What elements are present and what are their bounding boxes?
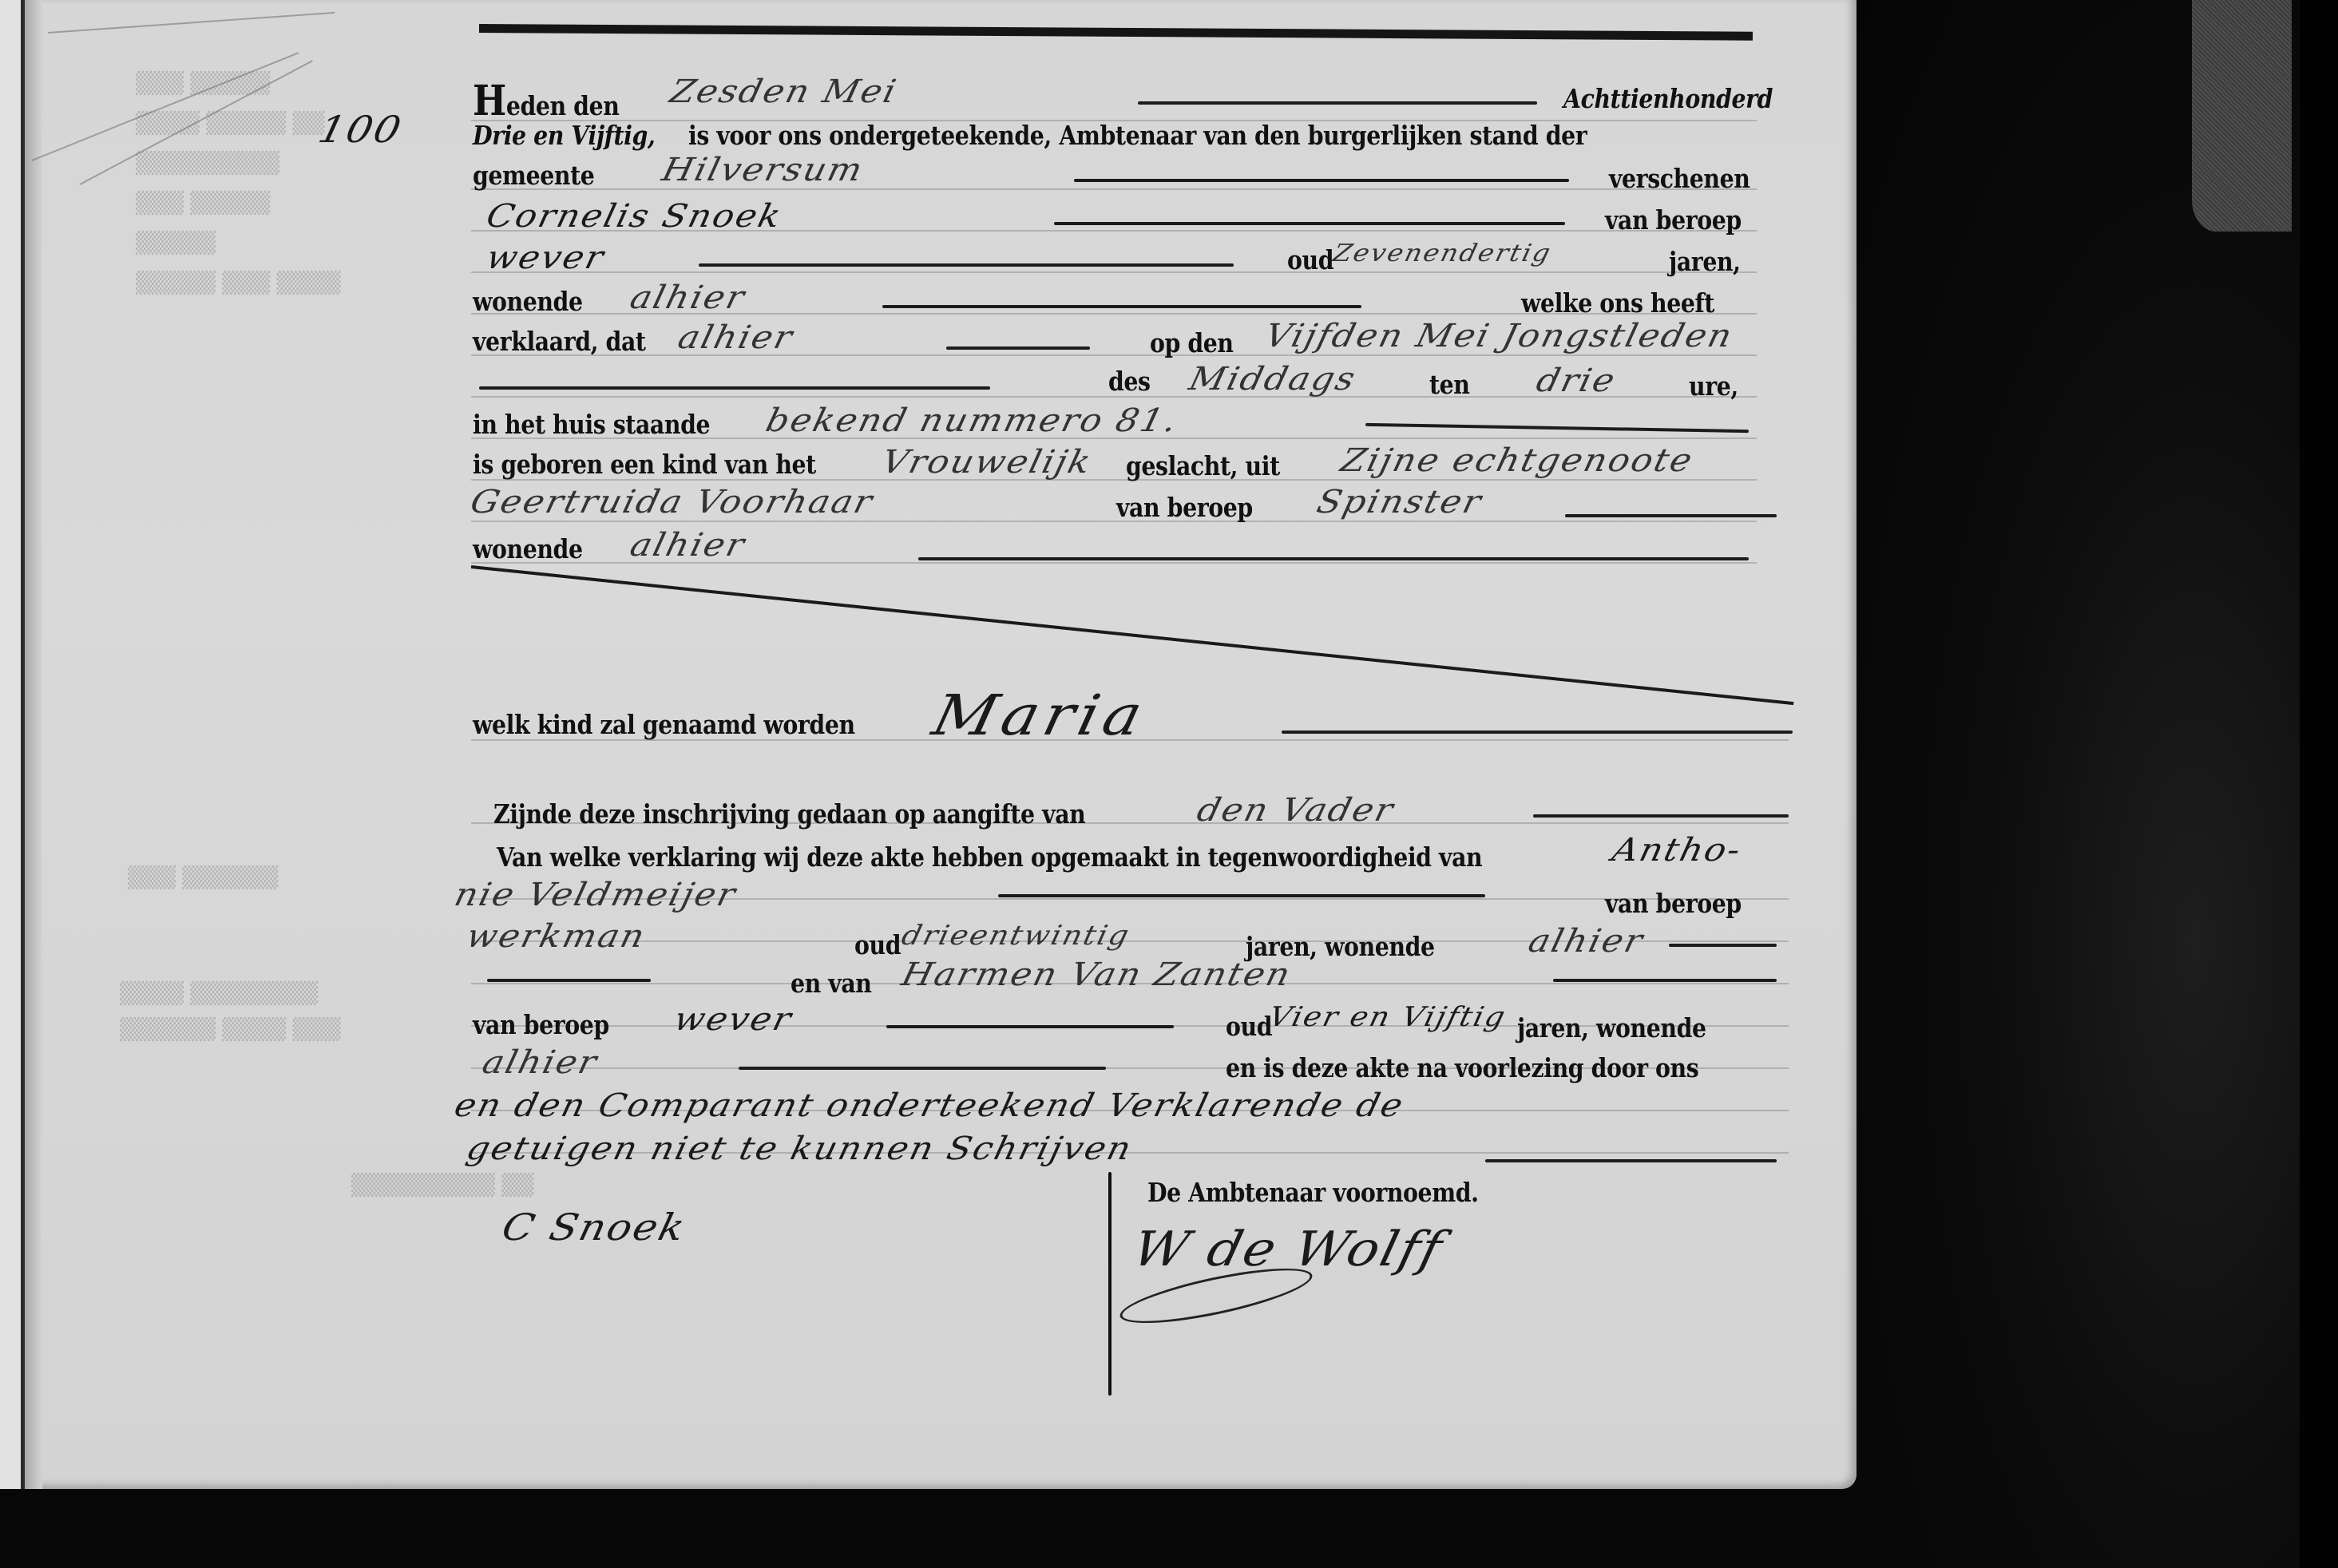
fill-line: [479, 386, 990, 390]
scan-edge: [2300, 0, 2338, 1568]
handwritten-municipality: Hilversum: [659, 152, 868, 188]
printed-text: des: [1108, 366, 1151, 397]
printed-text: is voor ons ondergeteekende, Ambtenaar v…: [688, 120, 1587, 151]
printed-text: Heden den: [473, 77, 619, 125]
bleed-through-text: ▒▒▒ ▒▒▒▒ ▒▒▒▒▒▒: [120, 1018, 340, 1042]
bleed-through-text: ▒▒ ▒▒▒▒▒ ▒▒▒▒: [136, 112, 324, 136]
bleed-through-text: ▒▒▒▒▒▒▒▒▒: [136, 152, 279, 176]
handwritten-father-occupation: wever: [483, 240, 608, 276]
fill-line: [739, 1067, 1106, 1070]
handwritten-witness1-residence: alhier: [1525, 923, 1648, 960]
page-binding-shadow: [25, 0, 42, 1489]
handwritten-witness1-occupation: werkman: [463, 918, 650, 955]
printed-text: Zijnde deze inschrijving gedaan op aangi…: [493, 798, 1085, 830]
handwritten-closing-1: en den Comparant onderteekend Verklarend…: [451, 1087, 1409, 1124]
fill-line: [1669, 944, 1777, 947]
bleed-through-text: ▒▒▒▒▒: [136, 232, 216, 255]
printed-text: van beroep: [473, 1009, 609, 1040]
handwritten-birth-place: alhier: [675, 319, 798, 356]
printed-text: oud: [1287, 244, 1333, 275]
fill-line: [918, 557, 1749, 560]
printed-text: verschenen: [1609, 163, 1750, 194]
printed-text: ure,: [1689, 370, 1738, 402]
printed-text: ten: [1429, 369, 1470, 400]
signature-declarant: C Snoek: [498, 1206, 691, 1249]
fill-line: [1365, 423, 1749, 433]
printed-text: Drie en Vijftig,: [473, 120, 655, 151]
printed-text: welke ons heeft: [1521, 287, 1714, 319]
fill-line: [998, 894, 1485, 897]
printed-text: welk kind zal genaamd worden: [473, 709, 855, 740]
handwritten-mother-relation: Zijne echtgenoote: [1337, 442, 1698, 479]
printed-text: jaren, wonende: [1517, 1012, 1706, 1043]
handwritten-day: Zesden Mei: [667, 73, 902, 110]
printed-text: in het huis staande: [473, 409, 710, 440]
printed-text: van beroep: [1605, 888, 1742, 919]
ruled-line: [471, 354, 1757, 356]
fill-line: [1485, 1159, 1777, 1162]
pencil-stroke: [48, 12, 335, 34]
printed-text: is geboren een kind van het: [473, 449, 816, 480]
fill-line: [1533, 814, 1789, 818]
printed-text: van beroep: [1605, 204, 1742, 236]
fill-line: [1054, 222, 1565, 225]
printed-text: wonende: [473, 533, 583, 564]
printed-text: op den: [1150, 327, 1234, 358]
handwritten-declarant: den Vader: [1194, 792, 1398, 829]
handwritten-hour: drie: [1533, 362, 1620, 399]
signature-bracket: [1108, 1172, 1112, 1396]
handwritten-witness1-age: drieentwintig: [898, 920, 1133, 952]
handwritten-witness2-occupation: wever: [671, 1001, 796, 1038]
handwritten-witness2-name: Harmen Van Zanten: [898, 956, 1295, 993]
printed-text: Achttienhonderd: [1563, 83, 1773, 114]
fill-line: [1282, 731, 1793, 734]
printed-text: jaren,: [1669, 246, 1741, 277]
handwritten-child-name: Maria: [926, 683, 1153, 748]
ruled-line: [471, 188, 1757, 190]
printed-text: oud: [854, 929, 901, 960]
handwritten-mother-name: Geertruida Voorhaar: [467, 484, 878, 521]
fill-line: [1565, 514, 1777, 517]
handwritten-mother-occupation: Spinster: [1314, 484, 1486, 521]
handwritten-witness1-name: nie Veldmeijer: [451, 877, 741, 913]
handwritten-closing-2: getuigen niet te kunnen Schrijven: [463, 1130, 1136, 1167]
bleed-through-text: ▒▒▒▒▒ ▒▒▒: [136, 192, 270, 216]
handwritten-father-age: Zevenendertig: [1330, 240, 1555, 267]
handwritten-house: bekend nummero 81.: [763, 402, 1182, 439]
fill-line: [487, 979, 651, 982]
fill-line: [699, 263, 1234, 267]
handwritten-time-of-day: Middags: [1186, 361, 1361, 398]
ruled-line: [471, 521, 1757, 522]
record-number: 100: [315, 108, 407, 151]
pencil-stroke: [32, 52, 299, 161]
handwritten-witness2-residence: alhier: [479, 1044, 602, 1081]
printed-text: geslacht, uit: [1126, 450, 1280, 481]
fill-line: [1074, 179, 1569, 182]
bleed-through-text: ▒▒▒▒▒▒▒▒ ▒▒▒▒: [120, 982, 318, 1006]
handwritten-birth-date: Vijfden Mei Jongstleden: [1262, 318, 1738, 354]
handwritten-father-name: Cornelis Snoek: [483, 198, 787, 235]
printed-text: gemeente: [473, 160, 594, 191]
handwritten-sex: Vrouwelijk: [878, 444, 1096, 481]
register-page: ▒▒▒▒▒ ▒▒▒ ▒▒ ▒▒▒▒▒ ▒▒▒▒ ▒▒▒▒▒▒▒▒▒ ▒▒▒▒▒ …: [0, 0, 1857, 1489]
ruled-line: [471, 271, 1757, 273]
fill-line: [1553, 979, 1777, 982]
printed-text: verklaard, dat: [473, 326, 646, 357]
printed-text: Van welke verklaring wij deze akte hebbe…: [497, 841, 1482, 873]
printed-text: en van: [791, 968, 872, 999]
printed-text: en is deze akte na voorlezing door ons: [1226, 1052, 1698, 1083]
fill-line: [946, 346, 1090, 350]
printed-text: De Ambtenaar voornoemd.: [1147, 1177, 1479, 1208]
fill-line: [886, 1025, 1174, 1028]
bleed-through-text: ▒▒ ▒▒▒▒▒▒▒▒▒: [351, 1174, 533, 1198]
handwritten-witness2-age: Vier en Vijftig: [1266, 1001, 1509, 1033]
printed-text: oud: [1226, 1011, 1272, 1042]
printed-text: wonende: [473, 286, 583, 317]
bleed-through-text: ▒▒▒▒ ▒▒▒ ▒▒▒▒▒: [136, 271, 340, 295]
cloth-texture-patch: [2192, 0, 2292, 232]
handwritten-residence: alhier: [627, 279, 750, 316]
book-cover-dark-area: [1857, 0, 2338, 1568]
printed-text: van beroep: [1116, 492, 1253, 523]
fill-line: [882, 305, 1361, 308]
fill-line: [1138, 101, 1537, 105]
bleed-through-text: ▒▒▒▒▒▒ ▒▒▒: [128, 866, 278, 890]
handwritten-mother-residence: alhier: [627, 527, 750, 564]
handwritten-witness1-first: Antho-: [1609, 832, 1746, 869]
header-rule: [479, 24, 1753, 41]
